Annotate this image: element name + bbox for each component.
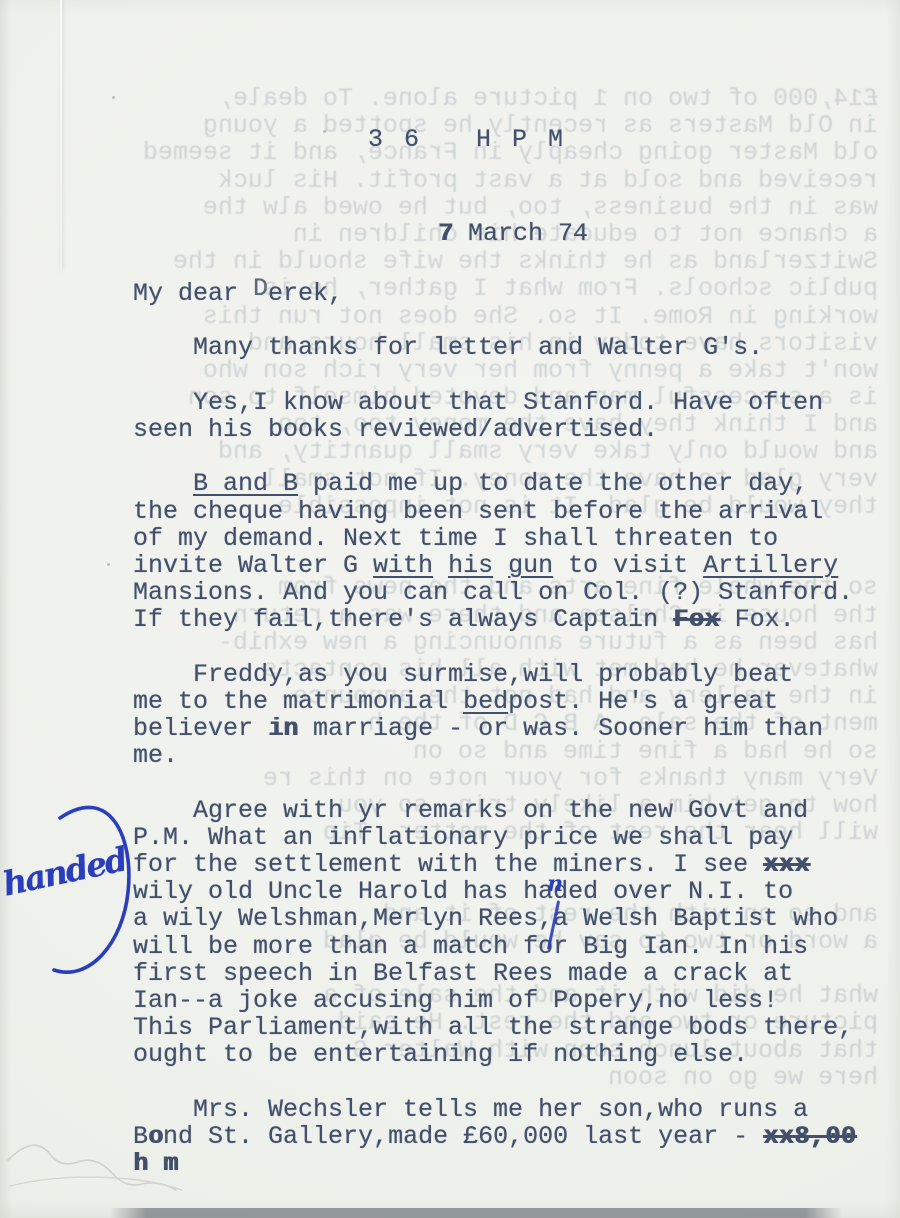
text-segment: Ian--a joke accusing him of Popery,no le… [133, 986, 778, 1015]
text-segment: March 74 [453, 219, 588, 248]
letter-line: a wily Welshman,Merlyn Rees,a Welsh Bapt… [133, 905, 856, 932]
text-segment: marriage - or was. Sooner him than [298, 714, 823, 743]
letter-line: If they fail,there's always Captain Fox … [133, 606, 856, 633]
letter-line [133, 443, 856, 470]
letter-line: Agree with yr remarks on the new Govt an… [133, 797, 856, 824]
text-segment: o [148, 1122, 163, 1151]
text-segment: believer [133, 714, 268, 743]
text-segment: me to the matrimonial [133, 687, 463, 716]
letter-line: me. [133, 742, 856, 769]
letter-body: My dear Derek, Many thanks for letter an… [133, 280, 856, 1177]
letter-line: ought to be entertaining if nothing else… [133, 1041, 856, 1068]
margin-circle-mark [38, 790, 148, 1000]
margin-annotation: handed [0, 790, 150, 1010]
text-segment: Mansions. And you can call on Col. (?) S… [133, 578, 853, 607]
text-segment: ded over N.I. to [553, 877, 793, 906]
text-segment: the cheque having been sent before the a… [133, 497, 823, 526]
text-segment [493, 551, 508, 580]
text-segment: seen his books reviewed/advertised. [133, 415, 658, 444]
letter-line: the cheque having been sent before the a… [133, 498, 856, 525]
text-segment: nd St. Gallery,made £60,000 last year - [163, 1122, 763, 1151]
text-segment [133, 469, 193, 498]
text-segment: of my demand. Next time I shall threaten… [133, 524, 778, 553]
text-segment: erek, [268, 279, 343, 308]
text-segment: wily old Uncle Harold has ha [133, 877, 553, 906]
text-segment: P.M. What an inflationary price we shall… [133, 823, 793, 852]
letter-line: Bond St. Gallery,made £60,000 last year … [133, 1123, 856, 1150]
text-segment: xxx [763, 850, 810, 879]
letter-line: Ian--a joke accusing him of Popery,no le… [133, 987, 856, 1014]
text-segment: 7 [438, 219, 453, 248]
text-segment: will be more than a match for Big Ian. I… [133, 932, 808, 961]
text-segment: Artillery [703, 551, 838, 580]
scanned-letter-page: £14,000 of two on 1 picture alone. To de… [0, 0, 900, 1218]
letter-line: Many thanks for letter and Walter G's. [133, 334, 856, 361]
letter-line: 7 March 74 [438, 220, 588, 247]
text-segment: for the settlement with the miners. I se… [133, 850, 763, 879]
letter-line [133, 362, 856, 389]
text-segment: his [448, 551, 493, 580]
text-segment: to visit [553, 551, 703, 580]
letter-line: P.M. What an inflationary price we shall… [133, 824, 856, 851]
letter-line: seen his books reviewed/advertised. [133, 416, 856, 443]
letter-line: of my demand. Next time I shall threaten… [133, 525, 856, 552]
text-segment: me. [133, 741, 178, 770]
text-segment: h [133, 1149, 148, 1178]
letter-line: B and B paid me up to date the other day… [133, 470, 856, 497]
letter-line: wily old Uncle Harold has handed over N.… [133, 878, 856, 905]
text-segment: My dear [133, 279, 253, 308]
letter-line: Mansions. And you can call on Col. (?) S… [133, 579, 856, 606]
text-segment: Fox [673, 605, 720, 634]
letter-line [133, 633, 856, 660]
text-segment: a wily Welshman,Merlyn Rees,a Welsh Bapt… [133, 904, 838, 933]
letter-line: Yes,I know about that Stanford. Have oft… [133, 389, 856, 416]
text-segment: ought to be entertaining if nothing else… [133, 1040, 748, 1069]
letter-line: believer in marriage - or was. Sooner hi… [133, 715, 856, 742]
letter-line: Mrs. Wechsler tells me her son,who runs … [133, 1096, 856, 1123]
text-segment: D [253, 274, 268, 303]
text-segment: m [163, 1149, 178, 1178]
text-segment: B and B [193, 469, 298, 498]
text-segment: in [268, 714, 298, 743]
letter-line [133, 1068, 856, 1095]
text-segment: post. He's a great [508, 687, 778, 716]
letter-line: me to the matrimonial bedpost. He's a gr… [133, 688, 856, 715]
text-segment: with [373, 551, 433, 580]
typed-letter: 3 6 H P M 7 March 74 My dear Derek, Many… [0, 0, 900, 1218]
text-segment: gun [508, 551, 553, 580]
text-segment: first speech in Belfast Rees made a crac… [133, 959, 793, 988]
letter-line: will be more than a match for Big Ian. I… [133, 933, 856, 960]
text-segment: bed [463, 687, 508, 716]
text-segment: Freddy,as you surmise,will probably beat [133, 660, 793, 689]
letter-line: My dear Derek, [133, 280, 856, 307]
text-segment: invite Walter G [133, 551, 373, 580]
reference-heading: 3 6 H P M [368, 126, 566, 153]
text-segment: Agree with yr remarks on the new Govt an… [133, 796, 808, 825]
text-segment: This Parliament,with all the strange bod… [133, 1013, 853, 1042]
letter-line [133, 769, 856, 796]
letter-line: invite Walter G with his gun to visit Ar… [133, 552, 856, 579]
text-segment: paid me up to date the other day, [298, 469, 808, 498]
letter-line: for the settlement with the miners. I se… [133, 851, 856, 878]
text-segment: Many thanks for letter and Walter G's. [133, 333, 763, 362]
text-segment: B [133, 1122, 148, 1151]
text-segment: xx8,00 [763, 1122, 856, 1151]
letter-line: first speech in Belfast Rees made a crac… [133, 960, 856, 987]
text-segment: Fox. [720, 605, 795, 634]
text-segment [148, 1149, 163, 1178]
text-segment: Mrs. Wechsler tells me her son,who runs … [133, 1095, 808, 1124]
date-line: 7 March 74 [438, 220, 588, 247]
text-segment: If they fail,there's always Captain [133, 605, 673, 634]
text-segment: Yes,I know about that Stanford. Have oft… [133, 388, 823, 417]
letter-line [133, 307, 856, 334]
letter-line: This Parliament,with all the strange bod… [133, 1014, 856, 1041]
letter-line: h m [133, 1150, 856, 1177]
letter-line: Freddy,as you surmise,will probably beat [133, 661, 856, 688]
text-segment [433, 551, 448, 580]
